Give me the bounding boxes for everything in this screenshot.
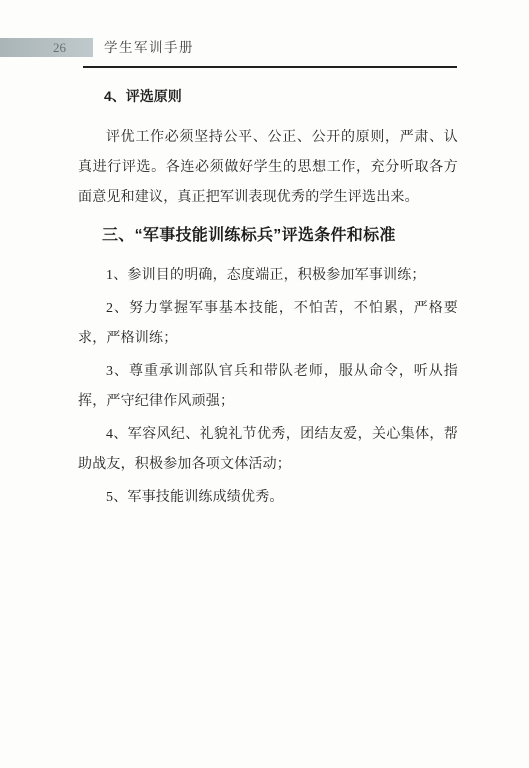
page-number: 26 (0, 38, 93, 57)
page-content: 4、评选原则 评优工作必须坚持公平、公正、公开的原则，严肃、认真进行评选。各连必… (78, 86, 458, 516)
list-item: 2、努力掌握军事基本技能，不怕苦，不怕累，严格要求，严格训练； (78, 294, 458, 354)
header-rule (83, 66, 457, 68)
section-heading: 三、“军事技能训练标兵”评选条件和标准 (78, 225, 458, 247)
page-number-band: 26 (0, 38, 93, 57)
list-item: 4、军容风纪、礼貌礼节优秀，团结友爱，关心集体，帮助战友，积极参加各项文体活动； (78, 420, 458, 480)
list-item: 1、参训目的明确，态度端正，积极参加军事训练； (78, 261, 458, 291)
book-page: 26 学生军训手册 4、评选原则 评优工作必须坚持公平、公正、公开的原则，严肃、… (0, 0, 529, 768)
subsection-heading: 4、评选原则 (78, 86, 458, 106)
book-title: 学生军训手册 (104, 38, 194, 57)
body-paragraph: 评优工作必须坚持公平、公正、公开的原则，严肃、认真进行评选。各连必须做好学生的思… (78, 123, 458, 213)
list-item: 5、军事技能训练成绩优秀。 (78, 483, 458, 513)
list-item: 3、尊重承训部队官兵和带队老师，服从命令，听从指挥，严守纪律作风顽强； (78, 357, 458, 417)
